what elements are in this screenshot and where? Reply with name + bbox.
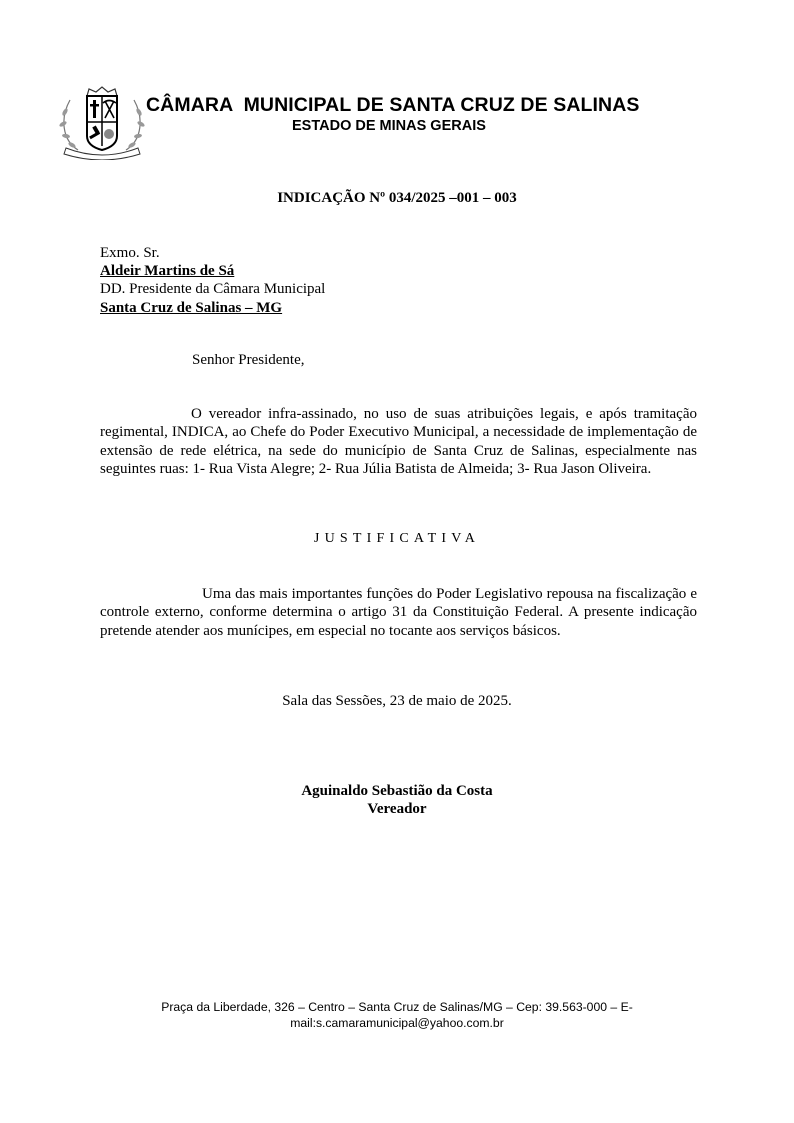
- recipient-block: Exmo. Sr. Aldeir Martins de Sá DD. Presi…: [100, 244, 325, 317]
- signature-title: Vereador: [0, 800, 794, 818]
- body-paragraph: O vereador infra-assinado, no uso de sua…: [100, 405, 697, 479]
- recipient-salutation: Exmo. Sr.: [100, 244, 325, 262]
- footer-line-2: mail:s.camaramunicipal@yahoo.com.br: [0, 1015, 794, 1031]
- document-number: INDICAÇÃO Nº 034/2025 –001 – 003: [0, 190, 794, 207]
- institution-state: ESTADO DE MINAS GERAIS: [292, 118, 486, 134]
- institution-title: CÂMARA MUNICIPAL DE SANTA CRUZ DE SALINA…: [146, 94, 686, 117]
- municipal-coat-of-arms-icon: [56, 84, 148, 160]
- signature-block: Aguinaldo Sebastião da Costa Vereador: [0, 782, 794, 818]
- footer-line-1: Praça da Liberdade, 326 – Centro – Santa…: [0, 999, 794, 1015]
- greeting: Senhor Presidente,: [192, 352, 304, 369]
- recipient-location: Santa Cruz de Salinas – MG: [100, 299, 325, 317]
- recipient-role: DD. Presidente da Câmara Municipal: [100, 280, 325, 298]
- recipient-name: Aldeir Martins de Sá: [100, 262, 325, 280]
- justification-heading: JUSTIFICATIVA: [0, 531, 794, 547]
- date-line: Sala das Sessões, 23 de maio de 2025.: [0, 693, 794, 710]
- footer-address: Praça da Liberdade, 326 – Centro – Santa…: [0, 999, 794, 1031]
- justification-paragraph: Uma das mais importantes funções do Pode…: [100, 585, 697, 640]
- signature-name: Aguinaldo Sebastião da Costa: [0, 782, 794, 800]
